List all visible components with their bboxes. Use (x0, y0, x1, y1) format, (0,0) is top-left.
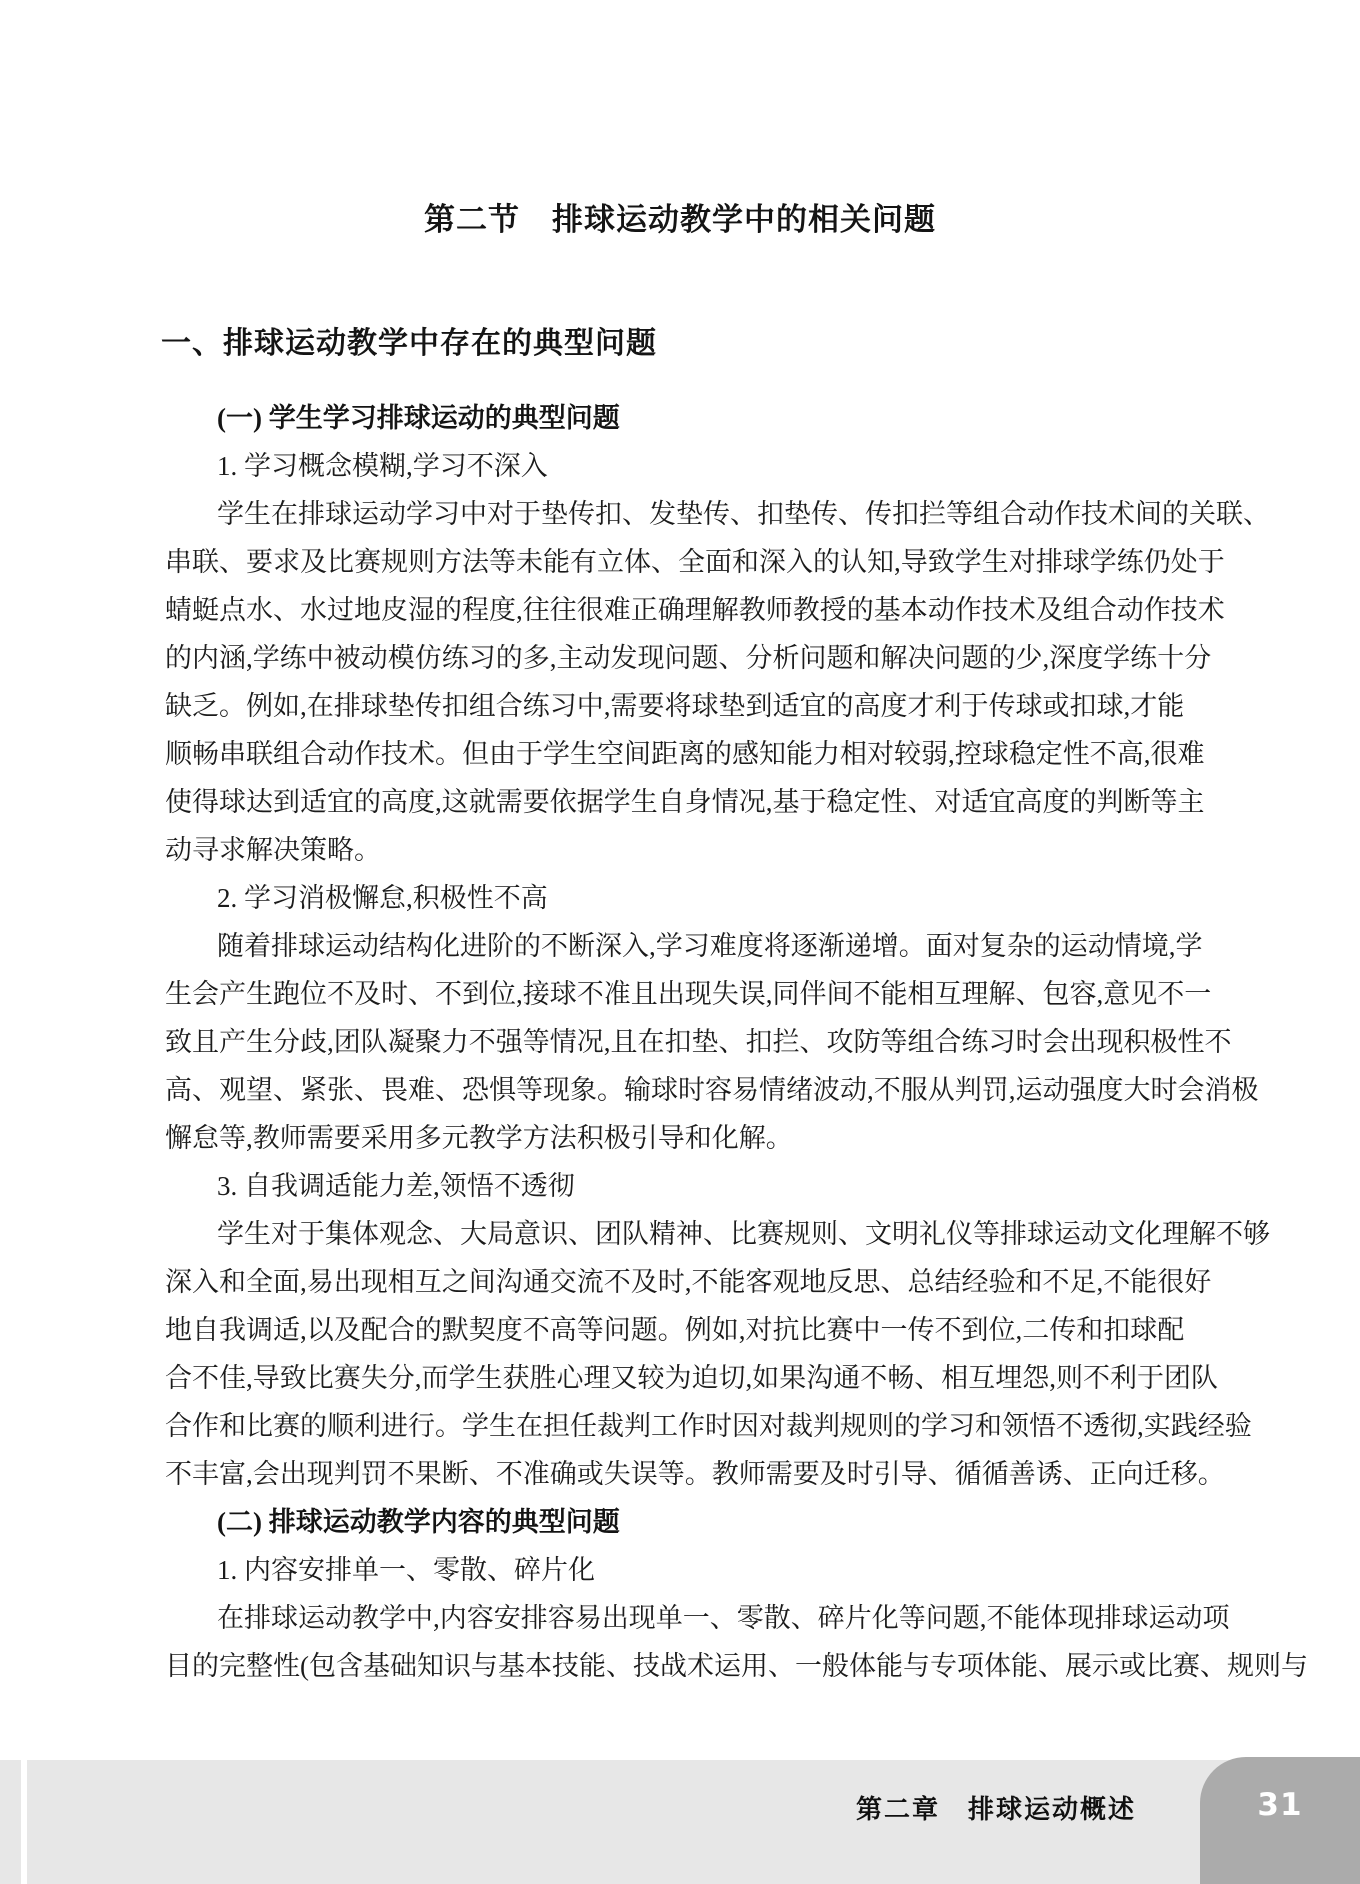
subheading-content-problems: (二) 排球运动教学内容的典型问题 (165, 1498, 1213, 1546)
section-title: 第二节 排球运动教学中的相关问题 (0, 201, 1360, 238)
book-page: 第二节 排球运动教学中的相关问题 一、排球运动教学中存在的典型问题 (一) 学生… (0, 0, 1360, 1884)
text-line: 顺畅串联组合动作技术。但由于学生空间距离的感知能力相对较弱,控球稳定性不高,很难 (165, 730, 1213, 778)
text-line: 懈怠等,教师需要采用多元教学方法积极引导和化解。 (165, 1114, 1213, 1162)
text-line: 生会产生跑位不及时、不到位,接球不准且出现失误,同伴间不能相互理解、包容,意见不… (165, 970, 1213, 1018)
paragraph-4: 在排球运动教学中,内容安排容易出现单一、零散、碎片化等问题,不能体现排球运动项目… (165, 1594, 1213, 1690)
text-line: 动寻求解决策略。 (165, 826, 1213, 874)
subheading-student-problems: (一) 学生学习排球运动的典型问题 (165, 394, 1213, 442)
footer-chapter-title: 第二章 排球运动概述 (0, 1795, 1136, 1824)
item-heading-3: 3. 自我调适能力差,领悟不透彻 (165, 1162, 1213, 1210)
text-line: 缺乏。例如,在排球垫传扣组合练习中,需要将球垫到适宜的高度才利于传球或扣球,才能 (165, 682, 1213, 730)
text-line: 蜻蜓点水、水过地皮湿的程度,往往很难正确理解教师教授的基本动作技术及组合动作技术 (165, 586, 1213, 634)
paragraph-3: 学生对于集体观念、大局意识、团队精神、比赛规则、文明礼仪等排球运动文化理解不够深… (165, 1210, 1213, 1498)
heading-typical-problems: 一、排球运动教学中存在的典型问题 (161, 327, 657, 362)
text-line: 串联、要求及比赛规则方法等未能有立体、全面和深入的认知,导致学生对排球学练仍处于 (165, 538, 1213, 586)
page-number: 31 (1200, 1757, 1360, 1821)
text-line: 高、观望、紧张、畏难、恐惧等现象。输球时容易情绪波动,不服从判罚,运动强度大时会… (165, 1066, 1213, 1114)
text-line: 的内涵,学练中被动模仿练习的多,主动发现问题、分析问题和解决问题的少,深度学练十… (165, 634, 1213, 682)
text-line: 使得球达到适宜的高度,这就需要依据学生自身情况,基于稳定性、对适宜高度的判断等主 (165, 778, 1213, 826)
body-text: (一) 学生学习排球运动的典型问题 1. 学习概念模糊,学习不深入 学生在排球运… (165, 394, 1213, 1690)
text-line: 随着排球运动结构化进阶的不断深入,学习难度将逐渐递增。面对复杂的运动情境,学 (165, 922, 1213, 970)
text-line: 致且产生分歧,团队凝聚力不强等情况,且在扣垫、扣拦、攻防等组合练习时会出现积极性… (165, 1018, 1213, 1066)
text-line: 地自我调适,以及配合的默契度不高等问题。例如,对抗比赛中一传不到位,二传和扣球配 (165, 1306, 1213, 1354)
text-line: 学生在排球运动学习中对于垫传扣、发垫传、扣垫传、传扣拦等组合动作技术间的关联、 (165, 490, 1213, 538)
paragraph-1: 学生在排球运动学习中对于垫传扣、发垫传、扣垫传、传扣拦等组合动作技术间的关联、串… (165, 490, 1213, 874)
text-line: 合不佳,导致比赛失分,而学生获胜心理又较为迫切,如果沟通不畅、相互埋怨,则不利于… (165, 1354, 1213, 1402)
item-heading-2: 2. 学习消极懈怠,积极性不高 (165, 874, 1213, 922)
paragraph-2: 随着排球运动结构化进阶的不断深入,学习难度将逐渐递增。面对复杂的运动情境,学生会… (165, 922, 1213, 1162)
page-number-tab: 31 (1200, 1757, 1360, 1884)
text-line: 合作和比赛的顺利进行。学生在担任裁判工作时因对裁判规则的学习和领悟不透彻,实践经… (165, 1402, 1213, 1450)
text-line: 在排球运动教学中,内容安排容易出现单一、零散、碎片化等问题,不能体现排球运动项 (165, 1594, 1213, 1642)
text-line: 不丰富,会出现判罚不果断、不准确或失误等。教师需要及时引导、循循善诱、正向迁移。 (165, 1450, 1213, 1498)
text-line: 学生对于集体观念、大局意识、团队精神、比赛规则、文明礼仪等排球运动文化理解不够 (165, 1210, 1213, 1258)
item-heading-1: 1. 学习概念模糊,学习不深入 (165, 442, 1213, 490)
text-line: 深入和全面,易出现相互之间沟通交流不及时,不能客观地反思、总结经验和不足,不能很… (165, 1258, 1213, 1306)
text-line: 目的完整性(包含基础知识与基本技能、技战术运用、一般体能与专项体能、展示或比赛、… (165, 1642, 1213, 1690)
item-heading-4: 1. 内容安排单一、零散、碎片化 (165, 1546, 1213, 1594)
